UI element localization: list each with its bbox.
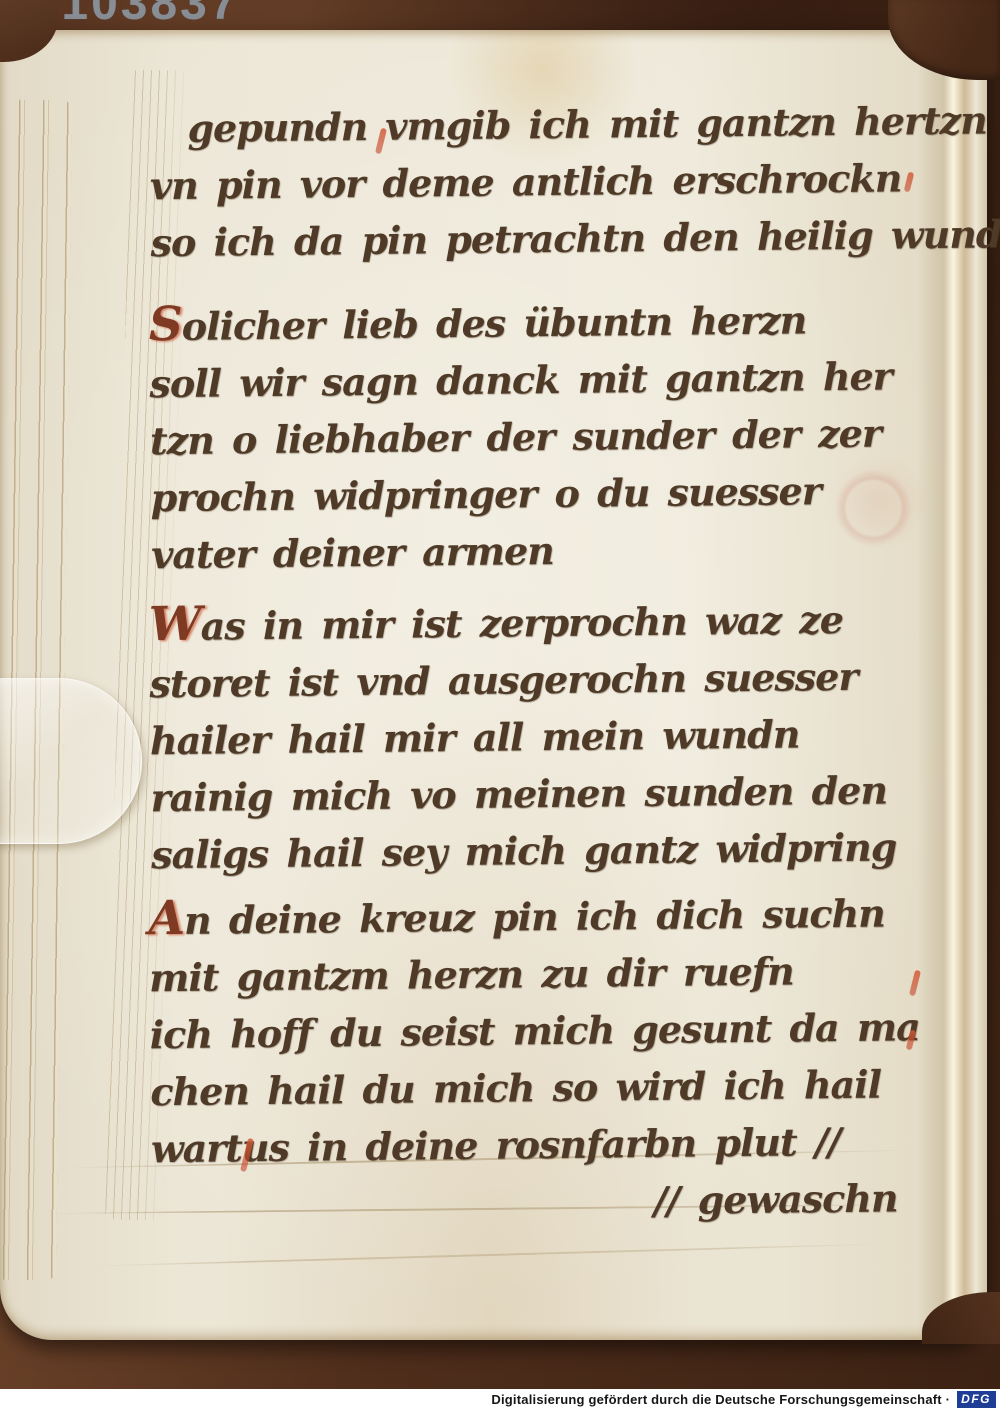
manuscript-line: // gewaschn bbox=[151, 1169, 958, 1234]
book-page: gepundn vmgib ich mit gantzn hertznvn pi… bbox=[0, 30, 987, 1340]
dfg-logo: DFG bbox=[957, 1391, 996, 1408]
manuscript-line: chen hail du mich so wird ich hail bbox=[150, 1055, 957, 1120]
dfg-credit-bar: Digitalisierung gefördert durch die Deut… bbox=[0, 1389, 1000, 1410]
credit-text: Digitalisierung gefördert durch die Deut… bbox=[491, 1392, 950, 1407]
manuscript-photo: 00103837 gepundn vmgib ich mit gantzn he… bbox=[0, 0, 1000, 1410]
manuscript-paragraph: gepundn vmgib ich mit gantzn hertznvn pi… bbox=[149, 92, 957, 271]
manuscript-paragraph: Solicher lieb des übuntn herznsoll wir s… bbox=[149, 288, 958, 583]
manuscript-line: prochn widpringer o du suesser bbox=[150, 461, 957, 526]
manuscript-line: rainig mich vo meinen sunden den bbox=[150, 761, 957, 826]
paper-wrinkle bbox=[90, 1243, 890, 1267]
manuscript-line: Solicher lieb des übuntn herzn bbox=[149, 288, 956, 355]
manuscript-line: vn pin vor deme antlich erschrockn bbox=[150, 149, 957, 214]
manuscript-line: hailer hail mir all mein wundn bbox=[150, 704, 957, 769]
manuscript-line: An deine kreuz pin ich dich suchn bbox=[148, 882, 955, 949]
manuscript-line: mit gantzm herzn zu dir ruefn bbox=[149, 941, 956, 1006]
manuscript-line: tzn o liebhaber der sunder der zer bbox=[150, 404, 957, 469]
manuscript-line: ich hoff du seist mich gesunt da ma bbox=[149, 998, 956, 1063]
manuscript-line: so ich da pin petrachtn den heilig wundn bbox=[150, 206, 957, 271]
manuscript-line: gepundn vmgib ich mit gantzn hertzn bbox=[149, 92, 956, 157]
manuscript-line: storet ist vnd ausgerochn suesser bbox=[149, 647, 956, 712]
manuscript-line: soll wir sagn danck mit gantzn her bbox=[149, 347, 956, 412]
manuscript-line: vater deiner armen bbox=[151, 518, 958, 583]
manuscript-line: saligs hail sey mich gantz widpring bbox=[151, 818, 958, 883]
manuscript-paragraph: Was in mir ist zerprochn waz zestoret is… bbox=[149, 588, 958, 883]
manuscript-line: Was in mir ist zerprochn waz ze bbox=[149, 588, 956, 655]
manuscript-line: wartus in deine rosnfarbn plut // bbox=[151, 1112, 958, 1177]
manuscript-paragraph: An deine kreuz pin ich dich suchnmit gan… bbox=[148, 882, 958, 1234]
